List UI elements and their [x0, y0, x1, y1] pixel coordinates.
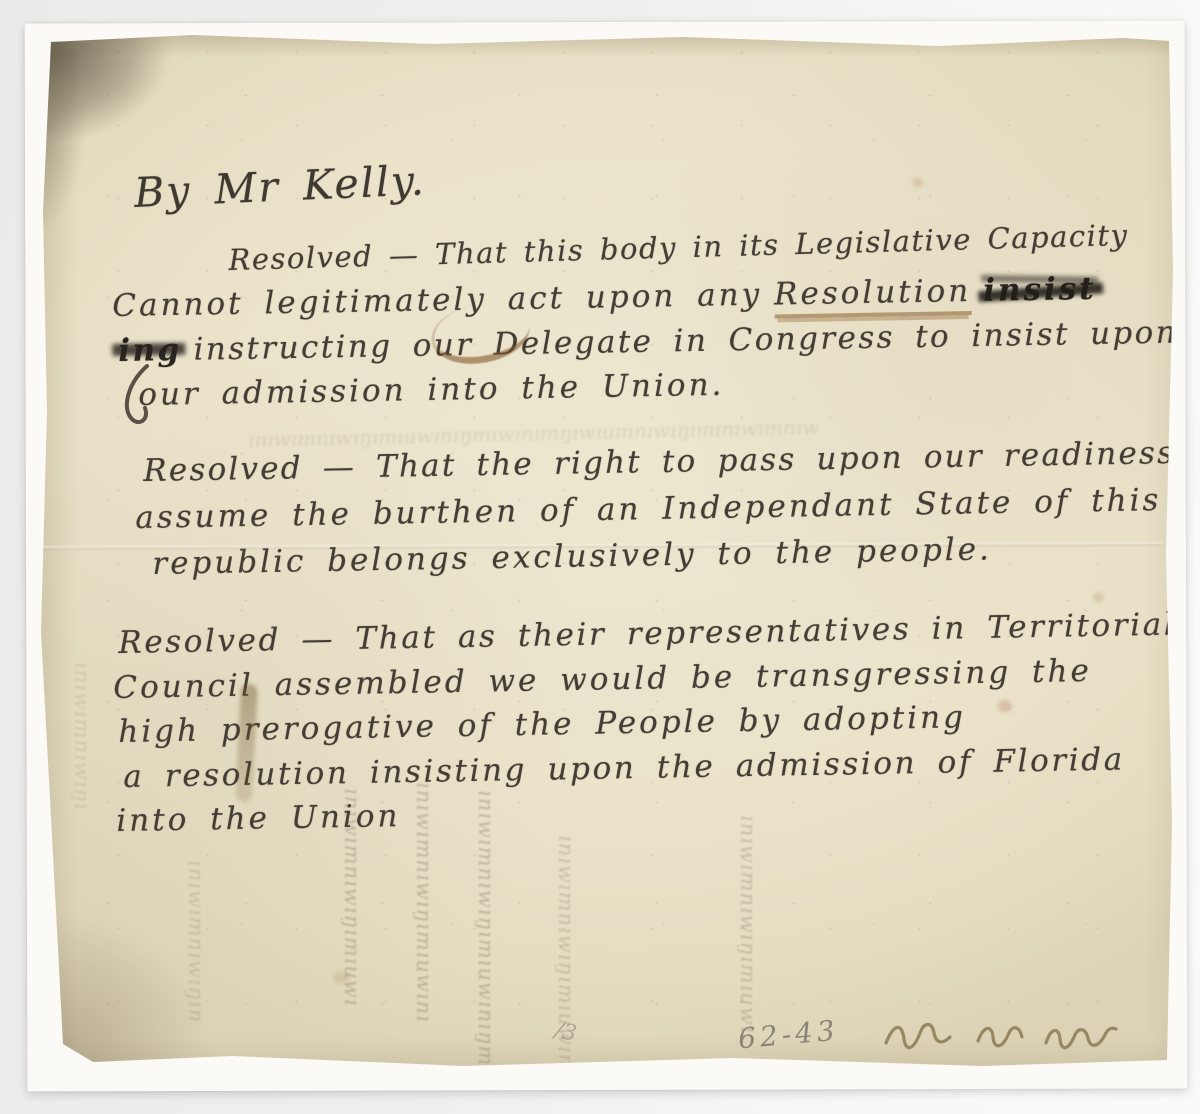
underlined-word: Resolution: [774, 273, 972, 318]
bleed-through-column: ınıwımnıwıŋımıuwınıŋmıwınımŋıwıumnıwıŋım…: [475, 790, 496, 1065]
pen-scribble-marks: [878, 1005, 1128, 1069]
foxing-spot: [913, 178, 923, 187]
foxing-spot: [1093, 592, 1104, 602]
bleed-through-column: ınıwımnıwıŋımıuwınıŋmıwınımŋıwıumnıwıŋım…: [413, 782, 434, 1022]
struck-out-word: insist: [983, 271, 1097, 309]
struck-out-word: ing: [118, 332, 182, 369]
paper-stain-top-left: [27, 24, 307, 254]
resolution-1-line: Resolved — That this body in its Legisla…: [228, 217, 1129, 278]
resolution-2-line: Resolved — That the right to pass upon o…: [143, 433, 1200, 491]
resolution-1-line: our admission into the Union.: [138, 366, 725, 415]
bleed-through-column: ınıwımnıwıŋımıuwınıŋmıwınımŋıwıumnıwıŋım…: [185, 860, 206, 1020]
bleed-through-column: ınıwımnıwıŋımıuwınıŋmıwınımŋıwıumnıwıŋım…: [737, 815, 758, 1037]
manuscript-page: ınıwımnıwıŋımıuwınıŋmıwınımŋıwıumnıwıŋım…: [33, 32, 1175, 1070]
archival-number: 62-43: [737, 1014, 840, 1056]
scan-background: { "manuscript": { "heading": "By Mr Kell…: [0, 0, 1200, 1114]
line-text: instructing our Delegate in Congress to …: [193, 315, 1178, 368]
bleed-through-margin-mark: ınıwımnıwıŋımıuwınıŋmıwınımŋıwıumnıwıŋım…: [71, 662, 92, 812]
resolution-3-line: high prerogative of the People by adopti…: [118, 698, 966, 752]
foxing-spot: [333, 972, 349, 984]
stray-pencil-mark: /3: [553, 1018, 579, 1047]
attribution-heading: By Mr Kelly.: [133, 155, 427, 219]
foxing-spot: [998, 700, 1012, 712]
resolution-2-line: republic belongs exclusively to the peop…: [152, 530, 992, 583]
resolution-3-line: into the Union: [116, 797, 401, 841]
resolution-2-line: assume the burthen of an Independant Sta…: [135, 481, 1162, 538]
line-text: Cannot legitimately act upon any: [112, 277, 762, 324]
